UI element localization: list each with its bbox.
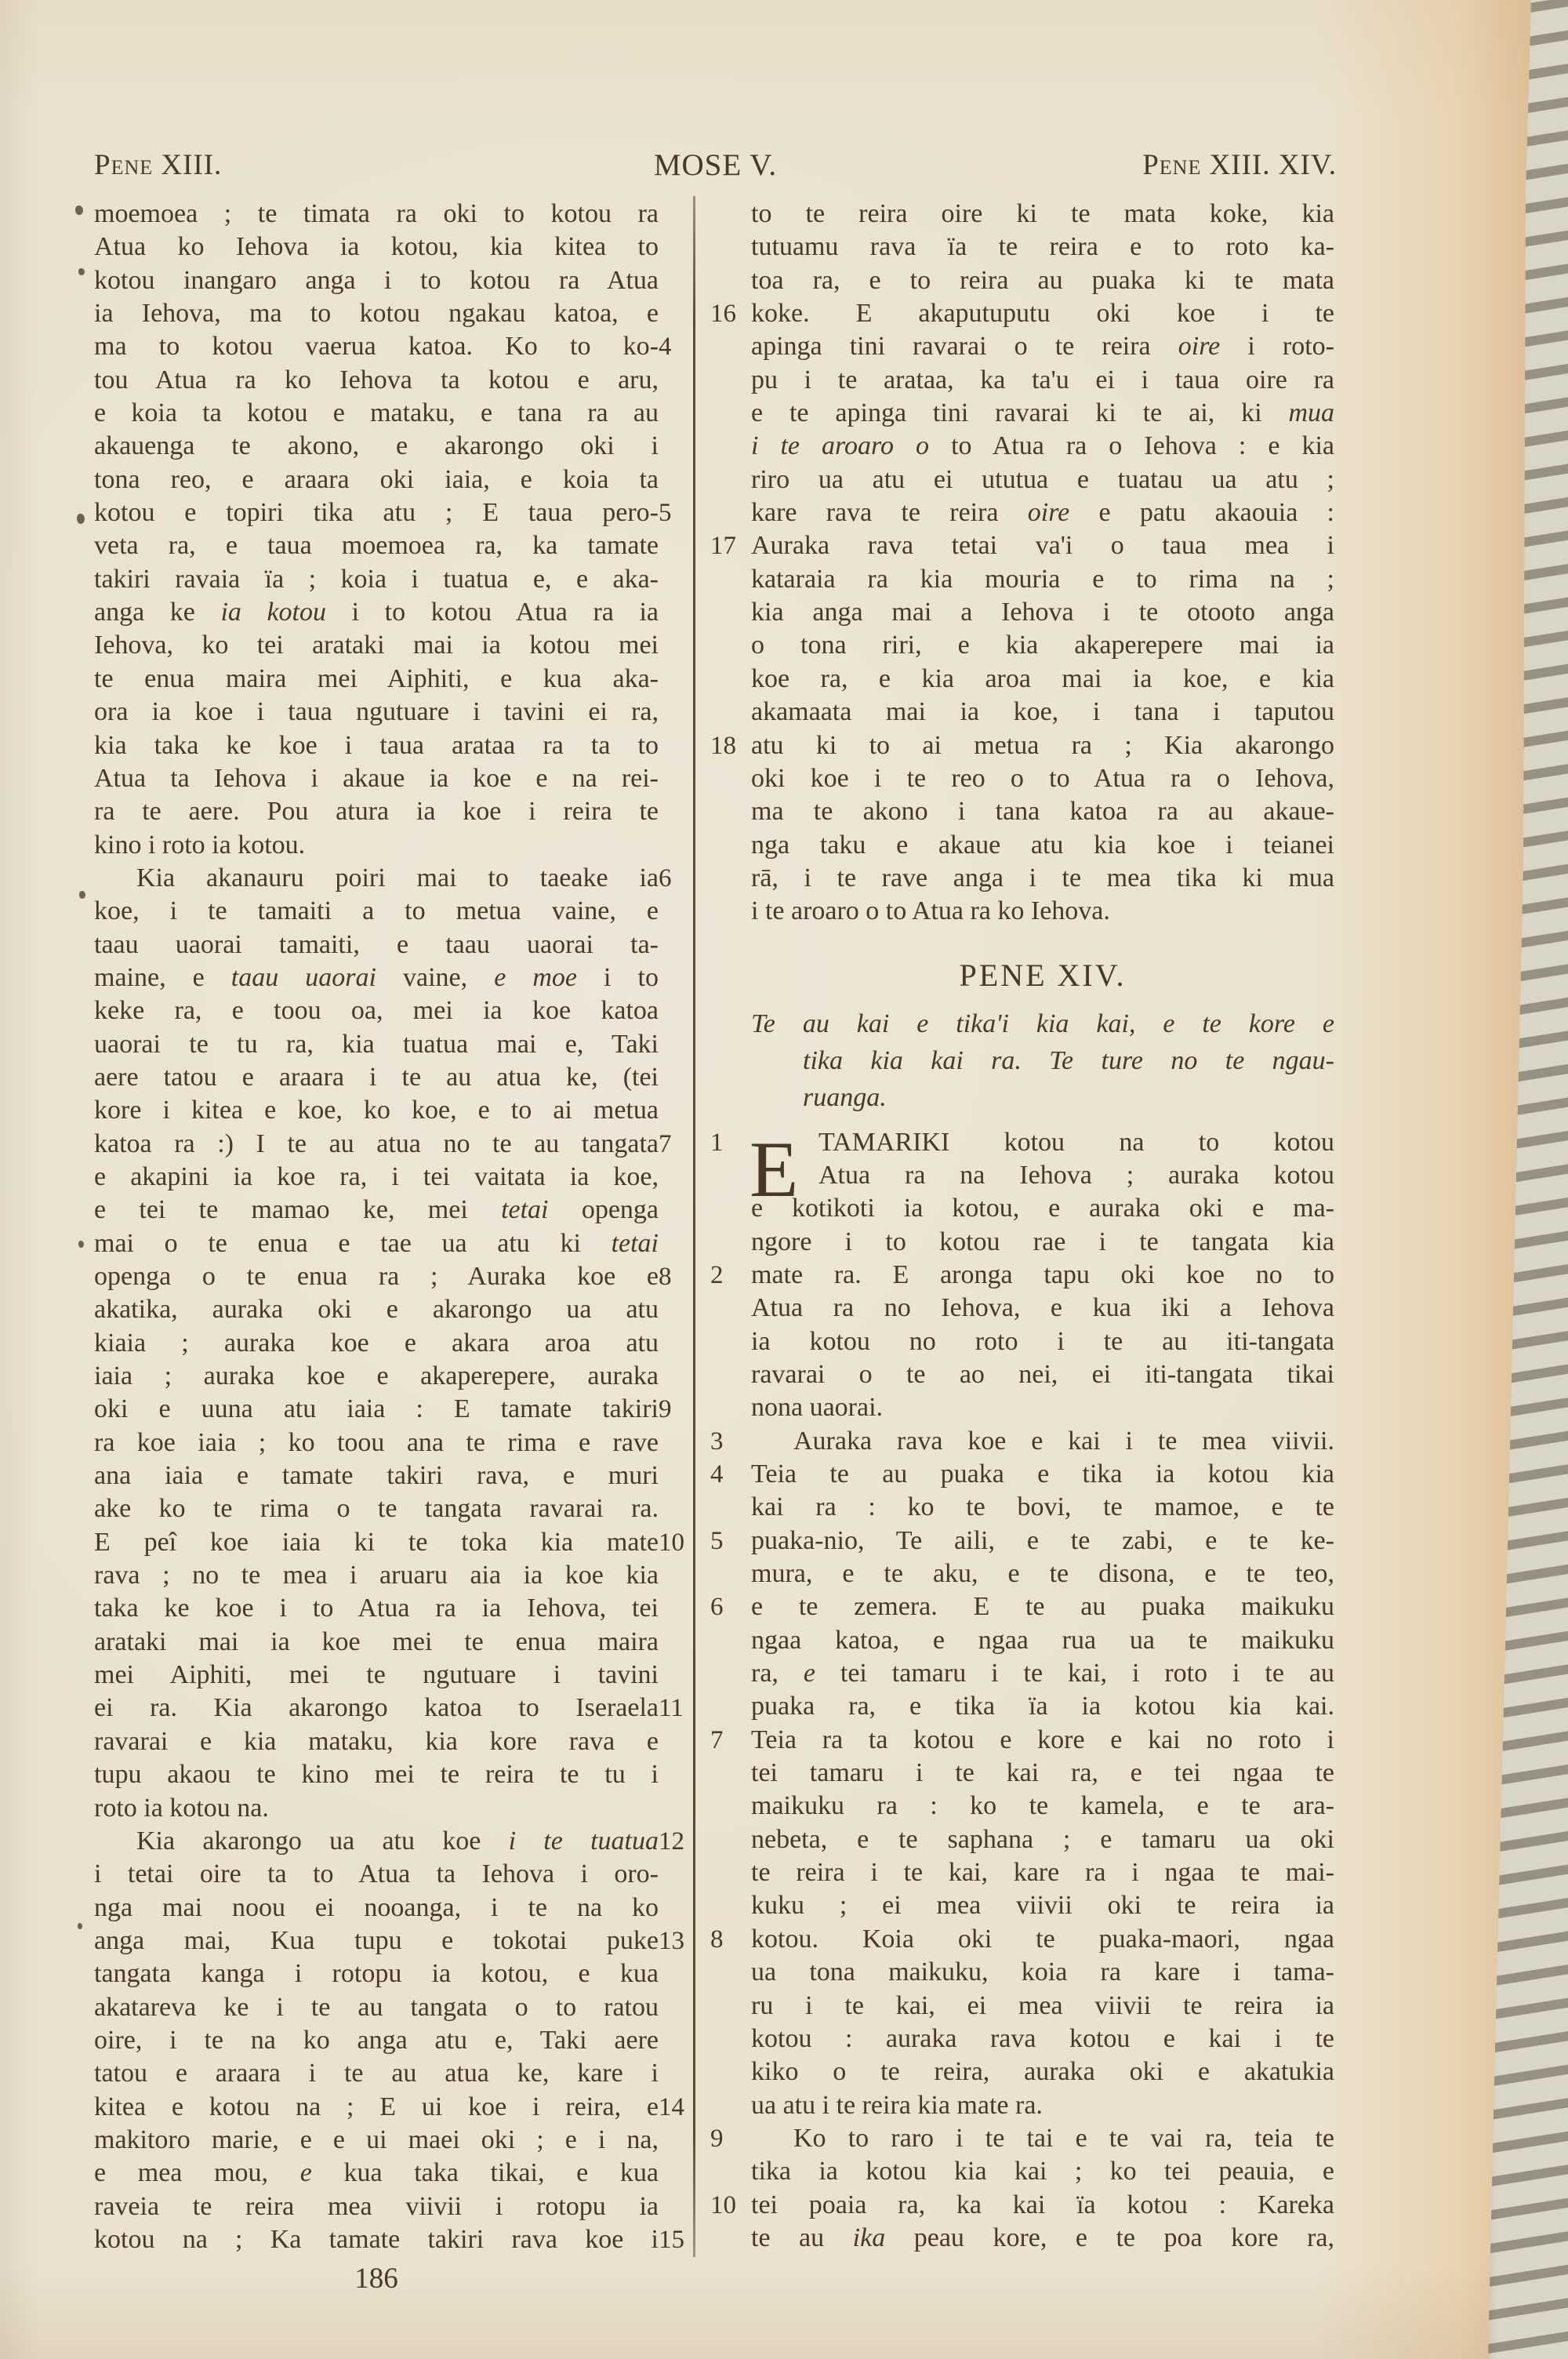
text-line: ruanga. (751, 1079, 1334, 1116)
text-line: e te apinga tini ravarai ki te ai, ki mu… (751, 397, 1334, 430)
text-line: ru i te kai, ei mea viivii te reira ia (751, 1990, 1334, 2023)
text-line: tutuamu rava ïa te reira e to roto ka- (751, 231, 1334, 264)
verse-number: 13 (659, 1925, 690, 1957)
text-line: moemoea ; te timata ra oki to kotou ra (94, 198, 659, 231)
text-line: taka ke koe i to Atua ra ia Iehova, tei (94, 1592, 659, 1625)
text-line: rava ; no te mea i aruaru aia ia koe kia (94, 1559, 659, 1592)
text-line: 5puaka-nio, Te aili, e te zabi, e te ke- (751, 1525, 1334, 1558)
verse-number: 10 (659, 1526, 690, 1559)
text-line: to te reira oire ki te mata koke, kia (751, 198, 1334, 231)
text-line: taau uaorai tamaiti, e taau uaorai ta- (94, 929, 659, 961)
text-line: 4ma to kotou vaerua katoa. Ko to ko- (94, 330, 659, 363)
text-line: 16koke. E akaputuputu oki koe i te (751, 297, 1334, 330)
text-line: 15kotou na ; Ka tamate takiri rava koe i (94, 2223, 659, 2256)
text-line: te au ika peau kore, e te poa kore ra, (751, 2222, 1334, 2255)
text-line: takiri ravaia ïa ; koia i tuatua e, e ak… (94, 563, 659, 596)
text-line: maikuku ra : ko te kamela, e te ara- (751, 1790, 1334, 1823)
text-line: toa ra, e to reira au puaka ki te mata (751, 264, 1334, 297)
text-line: tona reo, e araara oki iaia, e koia ta (94, 463, 659, 496)
text-line: keke ra, e toou oa, mei ia koe katoa (94, 994, 659, 1027)
ink-speck (78, 1923, 82, 1929)
text-line: mura, e te aku, e te disona, e te teo, (751, 1558, 1334, 1590)
text-line: arataki mai ia koe mei te enua maira (94, 1626, 659, 1659)
text-line: tika ia kotou kia kai ; ko tei peauia, e (751, 2155, 1334, 2188)
text-line: ua atu i te reira kia mate ra. (751, 2089, 1334, 2122)
text-line: e koia ta kotou e mataku, e tana ra au (94, 397, 659, 430)
text-line: e tei te mamao ke, mei tetai openga (94, 1194, 659, 1227)
text-line: 13anga mai, Kua tupu e tokotai puke (94, 1925, 659, 1957)
text-line: e kotikoti ia kotou, e auraka oki e ma- (751, 1192, 1334, 1225)
text-line: 12Kia akarongo ua atu koe i te tuatua (94, 1825, 659, 1858)
text-line: ngaa katoa, e ngaa rua ua te maikuku (751, 1624, 1334, 1657)
chapter-heading: PENE XIV. (751, 957, 1334, 994)
text-line: mai o te enua e tae ua atu ki tetai (94, 1227, 659, 1260)
verse-number: 6 (659, 862, 690, 895)
text-line: Atua ta Iehova i akaue ia koe e na rei- (94, 762, 659, 795)
text-line: 6Kia akanauru poiri mai to taeake ia (94, 862, 659, 895)
verse-number: 4 (710, 1458, 742, 1491)
left-text-column: moemoea ; te timata ra oki to kotou raAt… (94, 198, 659, 2256)
text-line: kiko o te reira, auraka oki e akatukia (751, 2055, 1334, 2088)
text-line: nga mai noou ei nooanga, i te na ko (94, 1892, 659, 1925)
verse-number: 18 (710, 729, 742, 762)
text-line: i tetai oire ta to Atua ta Iehova i oro- (94, 1858, 659, 1891)
text-line: 8openga o te enua ra ; Auraka koe e (94, 1260, 659, 1293)
text-line: ana iaia e tamate takiri rava, e muri (94, 1459, 659, 1492)
text-line: veta ra, e taua moemoea ra, ka tamate (94, 529, 659, 562)
text-line: oire, i te na ko anga atu e, Taki aere (94, 2024, 659, 2057)
text-line: 18atu ki to ai metua ra ; Kia akarongo (751, 729, 1334, 762)
verse-number: 14 (659, 2091, 690, 2124)
text-line: i te aroaro o to Atua ra o Iehova : e ki… (751, 430, 1334, 463)
text-line: i te aroaro o to Atua ra ko Iehova. (751, 895, 1334, 928)
verse-number: 15 (659, 2223, 690, 2256)
text-line: 6e te zemera. E te au puaka maikuku (751, 1590, 1334, 1623)
ink-speck (78, 1241, 84, 1248)
verse-number: 7 (710, 1724, 742, 1757)
text-line: ngore i to kotou rae i te tangata kia (751, 1226, 1334, 1259)
text-line: 9oki e uuna atu iaia : E tamate takiri (94, 1393, 659, 1426)
text-line: 2mate ra. E aronga tapu oki koe no to (751, 1259, 1334, 1292)
text-line: o tona riri, e kia akaperepere mai ia (751, 629, 1334, 662)
text-line: kare rava te reira oire e patu akaouia : (751, 496, 1334, 529)
text-line: raveia te reira mea viivii i rotopu ia (94, 2190, 659, 2223)
text-line: akamaata mai ia koe, i tana i taputou (751, 696, 1334, 729)
text-line: ravarai o te ao nei, ei iti-tangata tika… (751, 1358, 1334, 1391)
text-line: mei Aiphiti, mei te ngutuare i tavini (94, 1659, 659, 1692)
text-line: puaka ra, e tika ïa ia kotou kia kai. (751, 1690, 1334, 1723)
verse-number: 1 (710, 1126, 742, 1159)
verse-number: 3 (710, 1425, 742, 1458)
text-line: 7katoa ra :) I te au atua no te au tanga… (94, 1128, 659, 1161)
text-line: anga ke ia kotou i to kotou Atua ra ia (94, 596, 659, 629)
text-line: pu i te arataa, ka ta'u ei i taua oire r… (751, 364, 1334, 397)
text-line: Atua ko Iehova ia kotou, kia kitea to (94, 231, 659, 264)
text-line: ravarai e kia mataku, kia kore rava e (94, 1725, 659, 1758)
text-line: akauenga te akono, e akarongo oki i (94, 430, 659, 463)
column-rule (693, 196, 695, 2257)
text-line: 10tei poaia ra, ka kai ïa kotou : Kareka (751, 2189, 1334, 2222)
verse-number: 16 (710, 297, 742, 330)
ink-speck (77, 514, 85, 524)
text-line: e akapini ia koe ra, i tei vaitata ia ko… (94, 1161, 659, 1194)
verse-number: 17 (710, 529, 742, 562)
text-line: koe, i te tamaiti a to metua vaine, e (94, 895, 659, 928)
text-line: koe ra, e kia aroa mai ia koe, e kia (751, 663, 1334, 696)
text-line: kia anga mai a Iehova i te otooto anga (751, 596, 1334, 629)
text-line: ra te aere. Pou atura ia koe i reira te (94, 795, 659, 828)
scanned-book-page: Pene XIII. MOSE V. Pene XIII. XIV. moemo… (0, 0, 1568, 2359)
text-line: ake ko te rima o te tangata ravarai ra. (94, 1492, 659, 1525)
text-line: 8kotou. Koia oki te puaka-maori, ngaa (751, 1923, 1334, 1956)
text-line: 7Teia ra ta kotou e kore e kai no roto i (751, 1724, 1334, 1757)
text-line: 9Ko to raro i te tai e te vai ra, teia t… (751, 2122, 1334, 2155)
text-line: Atua ra no Iehova, e kua iki a Iehova (751, 1292, 1334, 1325)
text-line: kataraia ra kia mouria e to rima na ; (751, 563, 1334, 596)
text-line: ra koe iaia ; ko toou ana te rima e rave (94, 1427, 659, 1459)
text-line: Iehova, ko tei arataki mai ia kotou mei (94, 629, 659, 662)
text-line: Te au kai e tika'i kia kai, e te kore e (751, 1005, 1334, 1042)
verse-number: 4 (659, 330, 690, 363)
text-line: ma te akono i tana katoa ra au akaue- (751, 795, 1334, 828)
verse-number: 5 (659, 496, 690, 529)
ink-speck (78, 268, 85, 275)
text-line: 3Auraka rava koe e kai i te mea viivii. (751, 1425, 1334, 1458)
text-line: akatika, auraka oki e akarongo ua atu (94, 1293, 659, 1326)
text-line: 10E peî koe iaia ki te toka kia mate (94, 1526, 659, 1559)
text-line: ora ia koe i taua ngutuare i tavini ei r… (94, 696, 659, 729)
text-line: kiaia ; auraka koe e akara aroa atu (94, 1327, 659, 1360)
verse-number: 8 (659, 1260, 690, 1293)
ink-speck (79, 891, 85, 899)
text-line: nona uaorai. (751, 1391, 1334, 1424)
text-line: nebeta, e te saphana ; e tamaru ua oki (751, 1823, 1334, 1856)
text-line: tou Atua ra ko Iehova ta kotou e aru, (94, 364, 659, 397)
text-line: kotou : auraka rava kotou e kai i te (751, 2023, 1334, 2055)
text-line: 1ETAMARIKI kotou na to kotou (751, 1126, 1334, 1159)
verse-number: 9 (659, 1393, 690, 1426)
text-line: ra, e tei tamaru i te kai, i roto i te a… (751, 1657, 1334, 1690)
text-line: 11ei ra. Kia akarongo katoa to Iseraela (94, 1692, 659, 1725)
text-line: te reira i te kai, kare ra i ngaa te mai… (751, 1856, 1334, 1889)
text-line: e mea mou, e kua taka tikai, e kua (94, 2157, 659, 2190)
text-line: tatou e araara i te au atua ke, kare i (94, 2057, 659, 2090)
text-line: ua tona maikuku, koia ra kare i tama- (751, 1956, 1334, 1989)
text-line: riro ua atu ei ututua e tuatau ua atu ; (751, 463, 1334, 496)
text-line: aere tatou e araara i te au atua ke, (te… (94, 1061, 659, 1094)
text-line: uaorai te tu ra, kia tuatua mai e, Taki (94, 1028, 659, 1061)
text-line: tupu akaou te kino mei te reira te tu i (94, 1758, 659, 1791)
text-line: 14kitea e kotou na ; E ui koe i reira, e (94, 2091, 659, 2124)
page-number: 186 (94, 2262, 659, 2295)
text-line: tangata kanga i rotopu ia kotou, e kua (94, 1957, 659, 1990)
running-head: Pene XIII. MOSE V. Pene XIII. XIV. (94, 146, 1337, 185)
ink-speck (75, 205, 83, 215)
verse-number: 12 (659, 1825, 690, 1858)
text-line: kuku ; ei mea viivii oki te reira ia (751, 1889, 1334, 1922)
text-line: ia Iehova, ma to kotou ngakau katoa, e (94, 297, 659, 330)
running-head-right: Pene XIII. XIV. (1142, 146, 1337, 185)
verse-number: 11 (659, 1692, 690, 1725)
text-line: kotou inangaro anga i to kotou ra Atua (94, 264, 659, 297)
text-line: nga taku e akaue atu kia koe i teianei (751, 829, 1334, 862)
text-line: kino i roto ia kotou. (94, 829, 659, 862)
text-line: roto ia kotou na. (94, 1792, 659, 1825)
chapter-summary: Te au kai e tika'i kia kai, e te kore et… (751, 1005, 1334, 1116)
text-line: rā, i te rave anga i te mea tika ki mua (751, 862, 1334, 895)
text-line: makitoro marie, e e ui maei oki ; e i na… (94, 2124, 659, 2157)
verse-number: 8 (710, 1923, 742, 1956)
text-line: 17Auraka rava tetai va'i o taua mea i (751, 529, 1334, 562)
text-line: Atua ra na Iehova ; auraka kotou (751, 1159, 1334, 1192)
verse-number: 9 (710, 2122, 742, 2155)
text-line: tei tamaru i te kai ra, e tei ngaa te (751, 1757, 1334, 1790)
verse-number: 6 (710, 1590, 742, 1623)
text-line: iaia ; auraka koe e akaperepere, auraka (94, 1360, 659, 1393)
verse-number: 2 (710, 1259, 742, 1292)
text-line: kai ra : ko te bovi, te mamoe, e te (751, 1491, 1334, 1524)
text-line: akatareva ke i te au tangata o to ratou (94, 1991, 659, 2024)
text-line: kore i kitea e koe, ko koe, e to ai metu… (94, 1094, 659, 1127)
verse-number: 7 (659, 1128, 690, 1161)
right-text-column: to te reira oire ki te mata koke, kiatut… (751, 198, 1334, 2255)
verse-number: 10 (710, 2189, 742, 2222)
text-line: maine, e taau uaorai vaine, e moe i to (94, 961, 659, 994)
text-line: 5kotou e topiri tika atu ; E taua pero- (94, 496, 659, 529)
text-line: kia taka ke koe i taua arataa ra ta to (94, 729, 659, 762)
text-line: tika kia kai ra. Te ture no te ngau- (751, 1042, 1334, 1079)
text-line: 4Teia te au puaka e tika ia kotou kia (751, 1458, 1334, 1491)
text-line: ia kotou no roto i te au iti-tangata (751, 1325, 1334, 1358)
text-line: oki koe i te reo o to Atua ra o Iehova, (751, 762, 1334, 795)
verse-number: 5 (710, 1525, 742, 1558)
text-line: apinga tini ravarai o te reira oire i ro… (751, 330, 1334, 363)
text-line: te enua maira mei Aiphiti, e kua aka- (94, 663, 659, 696)
